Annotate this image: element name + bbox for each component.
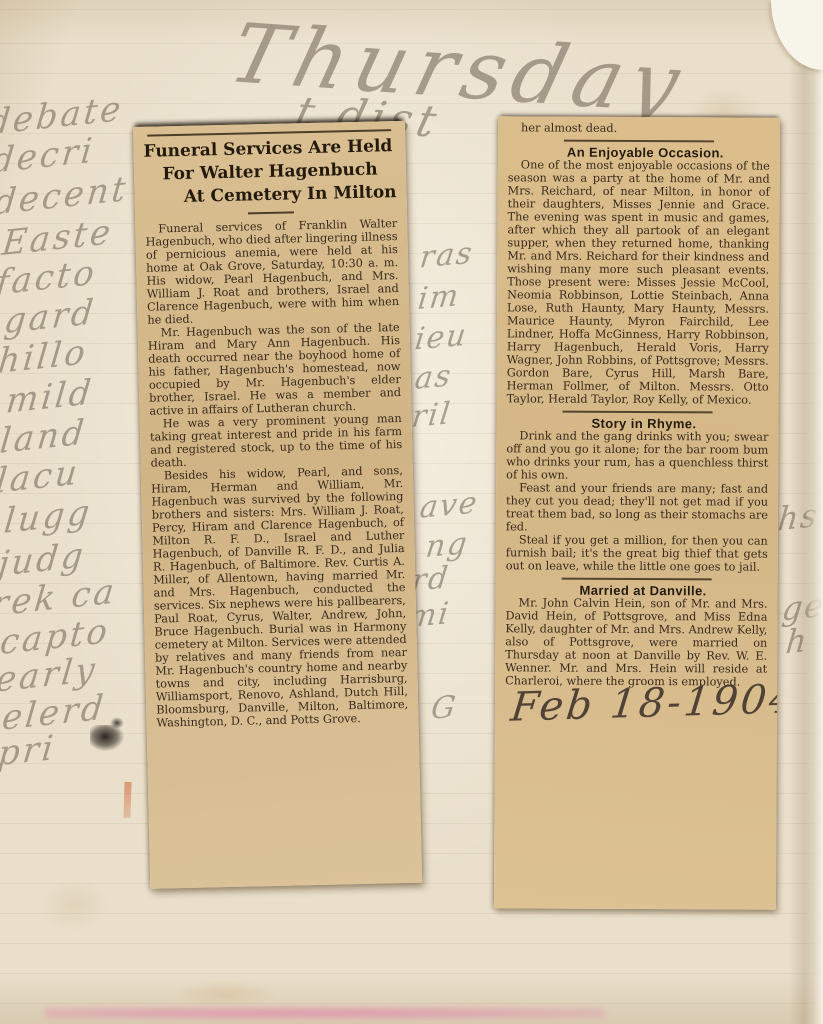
newspaper-clipping-column: her almost dead. An Enjoyable Occasion. … <box>494 116 780 909</box>
article-paragraph: He was a very prominent young man taking… <box>150 412 403 470</box>
article-paragraph: Drink and the gang drinks with you; swea… <box>506 429 768 482</box>
pencil-fragment: rd <box>410 560 452 599</box>
column-top-fragment: her almost dead. <box>508 121 770 135</box>
article-paragraph: Mr. John Calvin Hein, son of Mr. and Mrs… <box>505 596 767 688</box>
article-paragraph: Steal if you get a million, for then you… <box>506 533 768 573</box>
article-body: Funeral services of Franklin Walter Hage… <box>135 217 418 730</box>
pencil-fragment: as <box>413 358 455 397</box>
section-divider <box>562 578 712 581</box>
pencil-fragment: im <box>416 278 462 317</box>
headline-rule <box>248 211 294 214</box>
pencil-fragment: ng <box>424 526 471 565</box>
section-heading: Married at Danville. <box>506 583 768 597</box>
article-paragraph: Mr. Hagenbuch was the son of the late Hi… <box>148 321 402 418</box>
red-crayon-mark <box>123 782 131 818</box>
pencil-word: pri <box>0 728 58 775</box>
pink-smudge <box>45 1004 605 1022</box>
scrapbook-page: Thursday t dist debate decri decent East… <box>0 0 823 1024</box>
page-right-edge <box>789 0 823 1024</box>
pencil-fragment: ras <box>418 235 476 275</box>
pencil-fragment: ieu <box>413 317 470 357</box>
pencil-fragment: ave <box>418 485 481 526</box>
ink-blot <box>90 725 124 751</box>
pencil-fragment: ril <box>410 396 454 435</box>
section-divider <box>564 140 714 143</box>
stain <box>40 878 110 932</box>
article-paragraph: Besides his widow, Pearl, and sons, Hira… <box>151 464 409 730</box>
article-paragraph: Funeral services of Franklin Walter Hage… <box>145 217 399 327</box>
article-paragraph: Feast and your friends are many; fast an… <box>506 481 768 534</box>
headline: Funeral Services Are Held For Walter Hag… <box>133 133 407 210</box>
handwritten-date: Feb 18-1904. <box>504 694 767 715</box>
section-divider <box>563 411 713 414</box>
article-paragraph: One of the most enjoyable occasions of t… <box>507 158 770 406</box>
newspaper-clipping-funeral: Funeral Services Are Held For Walter Hag… <box>133 121 422 889</box>
